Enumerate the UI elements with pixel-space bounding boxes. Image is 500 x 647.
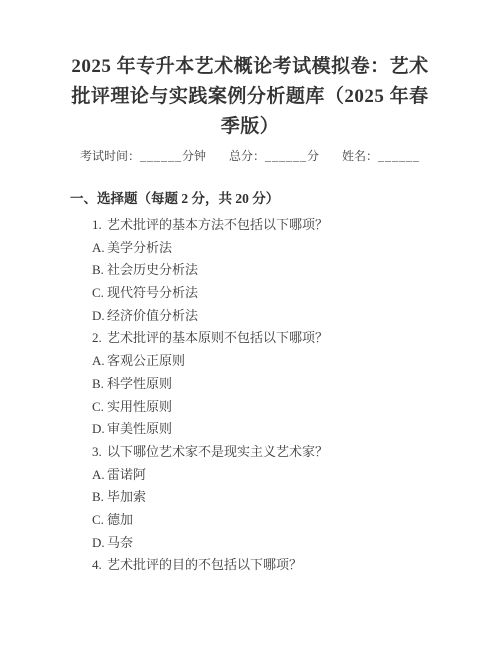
option-row: A.客观公正原则: [92, 353, 500, 376]
option-letter: B.: [92, 376, 107, 391]
option-row: B.社会历史分析法: [92, 262, 500, 285]
question-number: 2.: [92, 330, 107, 345]
exam-time-field: 考试时间：______分钟: [80, 148, 206, 164]
question-row: 1.艺术批评的基本方法不包括以下哪项？: [92, 217, 500, 240]
total-score-blank: ______: [265, 149, 307, 163]
question-row: 3.以下哪位艺术家不是现实主义艺术家？: [92, 444, 500, 467]
option-letter: C.: [92, 285, 107, 300]
option-row: D.马奈: [92, 535, 500, 558]
option-letter: D.: [92, 308, 107, 323]
option-text: 雷诺阿: [107, 467, 500, 482]
exam-time-label: 考试时间：: [80, 149, 140, 163]
question-text: 艺术批评的基本原则不包括以下哪项？: [107, 330, 500, 345]
total-score-label: 总分：: [229, 149, 265, 163]
option-text: 德加: [107, 512, 500, 527]
option-letter: D.: [92, 535, 107, 550]
option-row: D.审美性原则: [92, 421, 500, 444]
exam-meta-line: 考试时间：______分钟 总分：______分 姓名：______: [0, 148, 500, 164]
question-list: 1.艺术批评的基本方法不包括以下哪项？A.美学分析法B.社会历史分析法C.现代符…: [92, 217, 500, 580]
option-row: D.经济价值分析法: [92, 308, 500, 331]
option-row: B.科学性原则: [92, 376, 500, 399]
exam-document-page: 2025 年专升本艺术概论考试模拟卷：艺术批评理论与实践案例分析题库（2025 …: [0, 0, 500, 647]
question-row: 4.艺术批评的目的不包括以下哪项？: [92, 557, 500, 580]
option-row: A.美学分析法: [92, 240, 500, 263]
option-text: 现代符号分析法: [107, 285, 500, 300]
question-text: 艺术批评的基本方法不包括以下哪项？: [107, 217, 500, 232]
option-text: 美学分析法: [107, 240, 500, 255]
page-title: 2025 年专升本艺术概论考试模拟卷：艺术批评理论与实践案例分析题库（2025 …: [66, 0, 434, 142]
option-text: 审美性原则: [107, 421, 500, 436]
option-row: B.毕加索: [92, 489, 500, 512]
student-name-field: 姓名：______: [342, 148, 420, 164]
question-number: 4.: [92, 557, 107, 572]
option-letter: D.: [92, 421, 107, 436]
option-text: 社会历史分析法: [107, 262, 500, 277]
question-row: 2.艺术批评的基本原则不包括以下哪项？: [92, 330, 500, 353]
total-score-unit: 分: [307, 149, 319, 163]
student-name-label: 姓名：: [342, 149, 378, 163]
option-text: 客观公正原则: [107, 353, 500, 368]
section-heading: 一、选择题（每题 2 分，共 20 分）: [70, 191, 500, 206]
option-letter: A.: [92, 467, 107, 482]
question-text: 以下哪位艺术家不是现实主义艺术家？: [107, 444, 500, 459]
option-row: C.现代符号分析法: [92, 285, 500, 308]
exam-time-unit: 分钟: [182, 149, 206, 163]
option-text: 科学性原则: [107, 376, 500, 391]
total-score-field: 总分：______分: [229, 148, 319, 164]
option-text: 实用性原则: [107, 399, 500, 414]
option-letter: C.: [92, 512, 107, 527]
question-text: 艺术批评的目的不包括以下哪项？: [107, 557, 500, 572]
option-row: C.德加: [92, 512, 500, 535]
student-name-blank: ______: [378, 149, 420, 163]
option-letter: C.: [92, 399, 107, 414]
question-number: 1.: [92, 217, 107, 232]
exam-time-blank: ______: [140, 149, 182, 163]
option-letter: B.: [92, 262, 107, 277]
option-text: 毕加索: [107, 489, 500, 504]
question-number: 3.: [92, 444, 107, 459]
option-text: 经济价值分析法: [107, 308, 500, 323]
option-row: A.雷诺阿: [92, 467, 500, 490]
option-letter: A.: [92, 353, 107, 368]
option-letter: A.: [92, 240, 107, 255]
option-row: C.实用性原则: [92, 399, 500, 422]
option-text: 马奈: [107, 535, 500, 550]
option-letter: B.: [92, 489, 107, 504]
